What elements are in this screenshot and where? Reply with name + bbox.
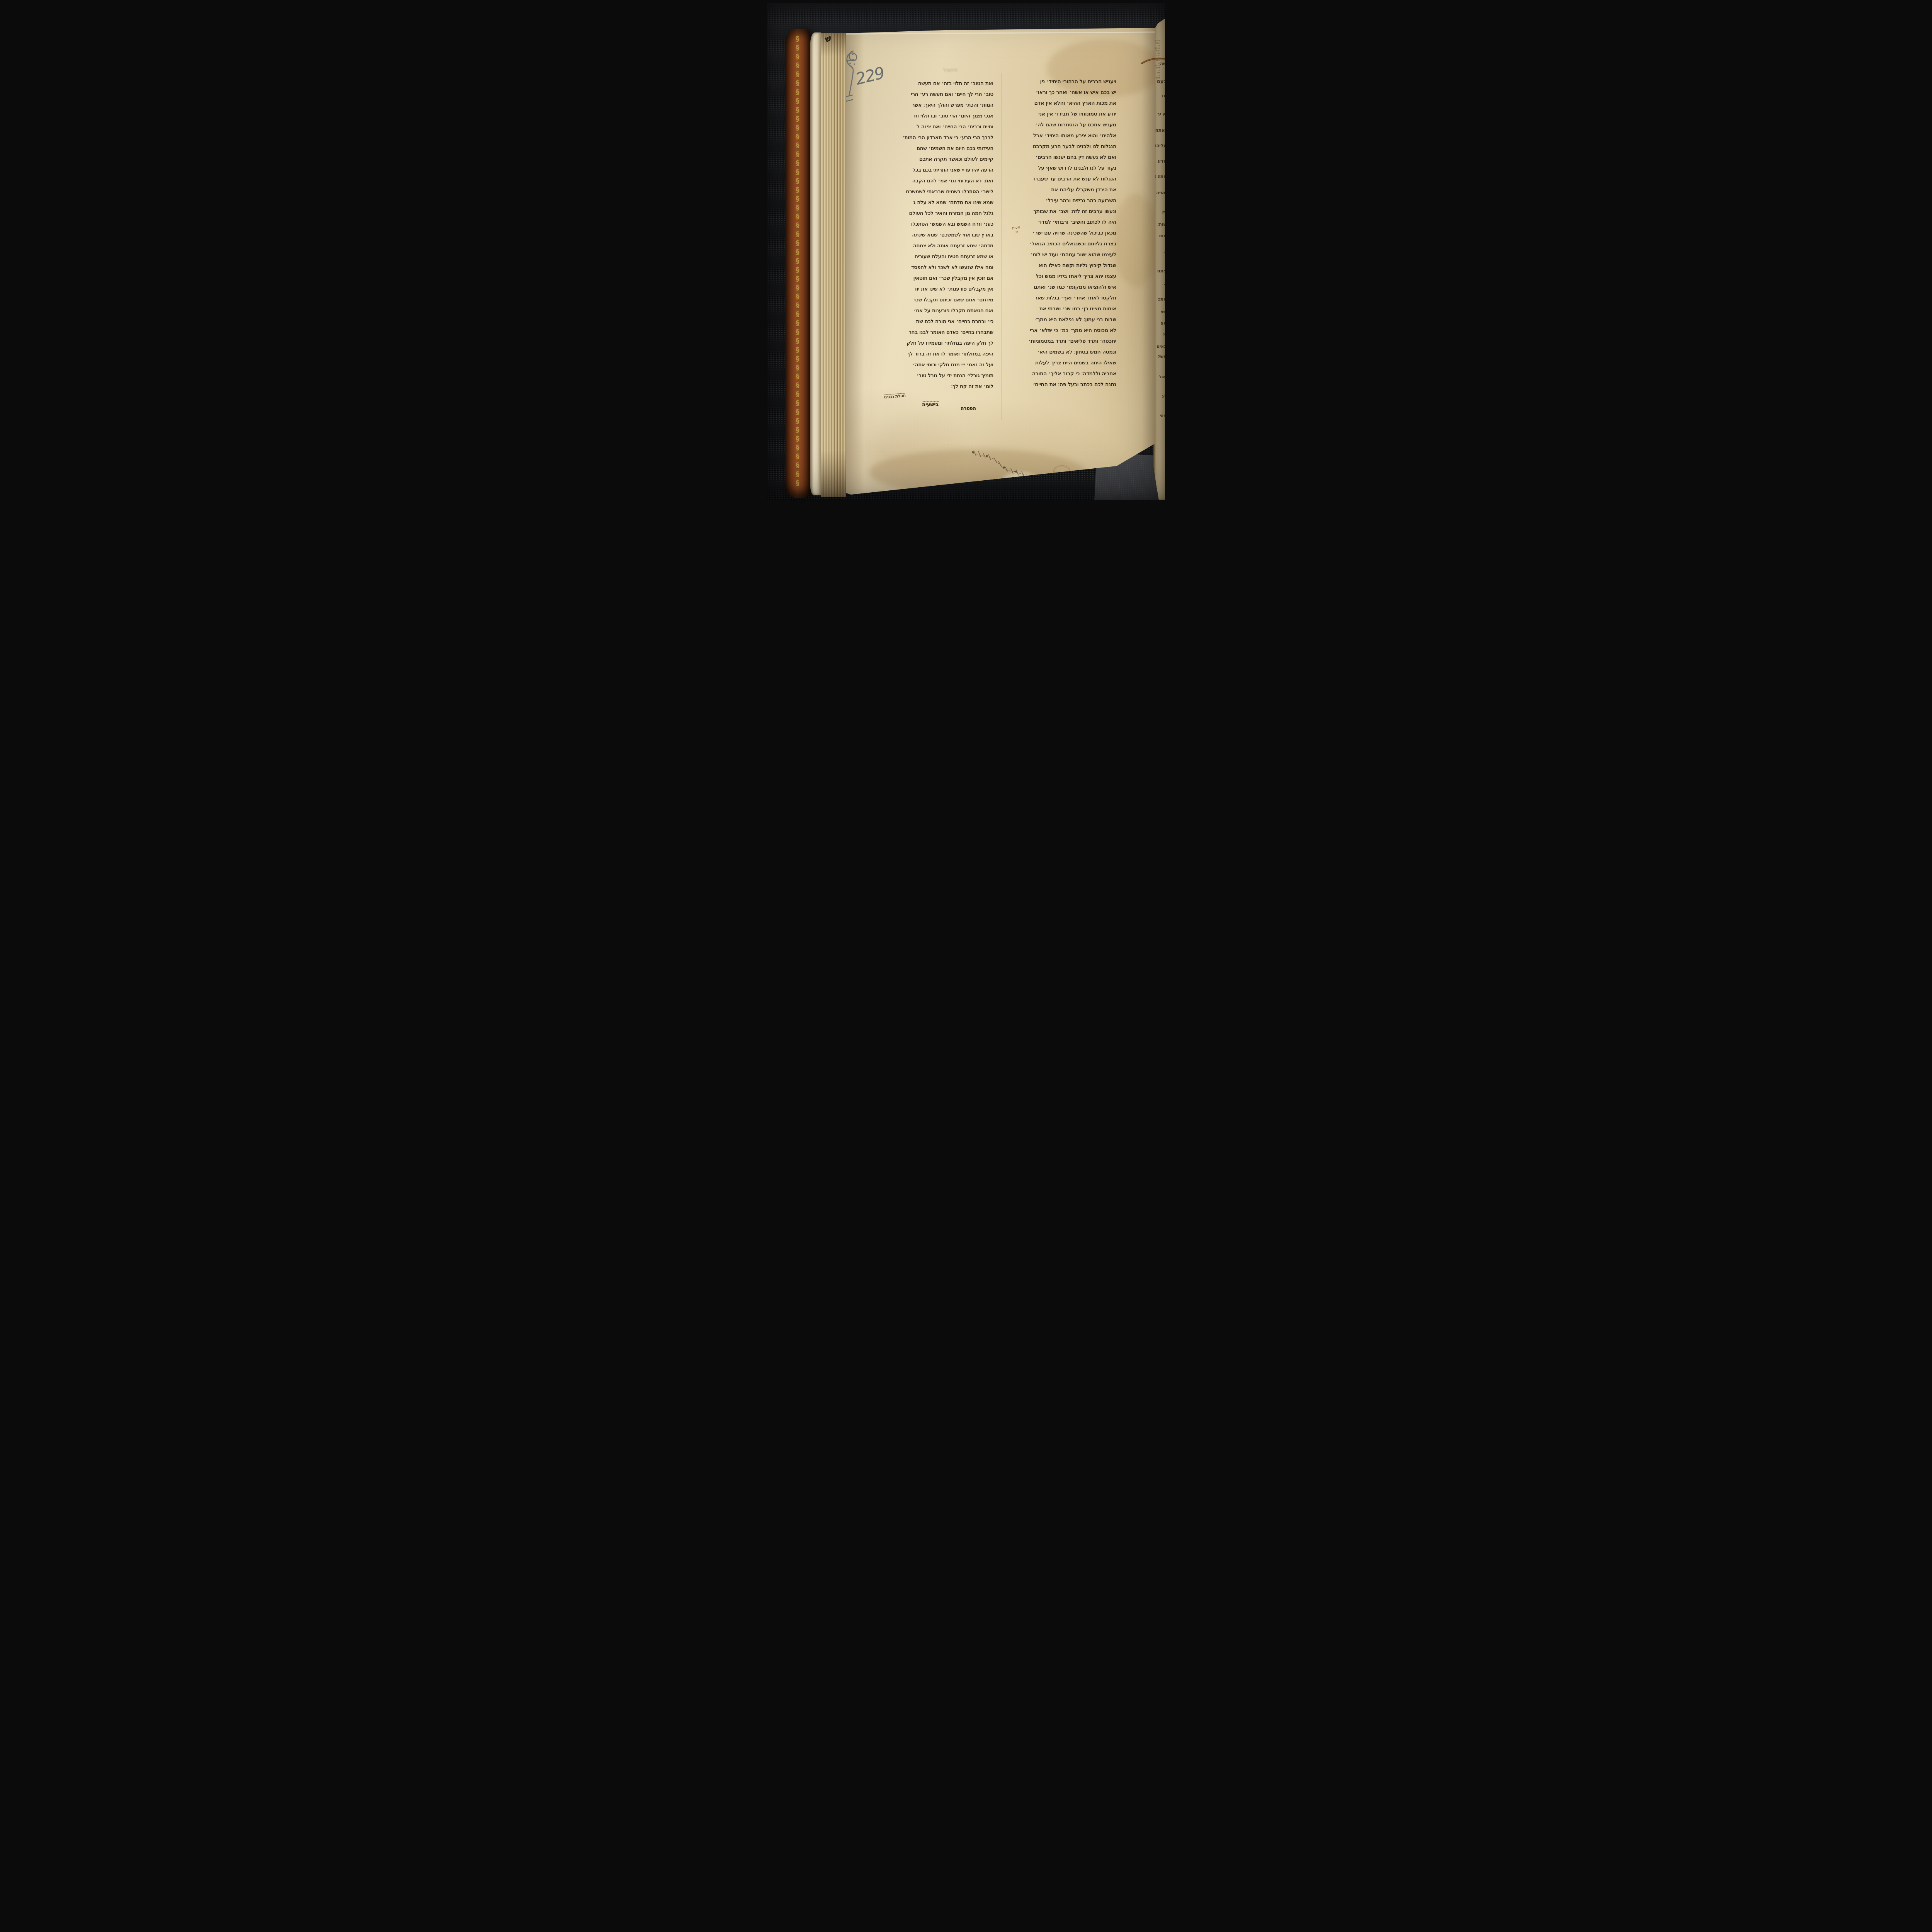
text-line: ויעניש הרבים על הרהורי היחיד׳ פן — [980, 77, 1116, 87]
text-line: השבועה בהר גריזים ובהר עיבל׳ — [980, 196, 1116, 206]
text-line: שתבחרו בחיים׳ כאדם האומר לבנו בחר — [871, 327, 993, 338]
next-folio-text-fragment: נע — [1162, 394, 1165, 398]
next-folio-text-fragment: עליכם — [1153, 143, 1165, 148]
text-line: את מכות הארץ ההיא׳ והלא אין אדם — [980, 98, 1116, 109]
text-line: טוב׳ הרי לך חיים׳ ואם תעשה רע׳ הרי — [871, 89, 993, 100]
text-line: אומות מצינו כן׳ כמו שנ׳ ושבתי את — [980, 304, 1116, 315]
text-line: תלקטו לאחד אחד׳ ואף׳ בגלות שאר — [980, 293, 1116, 304]
text-line: ואם חטאתם תקבלו פורענות על אח׳ — [871, 306, 993, 316]
text-line: קיימים לעולם וכאשר תקרה אתכם — [871, 154, 993, 165]
text-line: יש בכם איש או אשה׳ ואחר כך וראו׳ — [980, 87, 1116, 98]
text-line: לא מכוסה היא ממך׳ כמ׳ כי יפלא׳ ארי — [980, 325, 1116, 336]
endpaper-edge — [810, 32, 821, 495]
next-folio-text-fragment: באים — [1156, 344, 1165, 349]
text-line: לבבך הרי הרע׳ כי אבד תאבדון הרי המות׳ — [871, 133, 993, 143]
text-line: הרעה יהיו עדיי שאני התריתי בכם בכל — [871, 165, 993, 176]
text-line: היה לו לכתוב והשיב׳ ורבותי׳ למדו׳ — [980, 217, 1116, 228]
end-of-parashah-rubric: חסלת נצבים — [884, 393, 906, 400]
next-folio-text-fragment: אקי — [1160, 413, 1165, 418]
text-line: אין מקבלים פורענות׳ לא שינו את יוד — [871, 284, 993, 295]
next-folio-text-fragment: שפ — [1160, 309, 1165, 314]
text-line: לישר׳ הסתכלו בשמים שבראתי לשמשכם — [871, 187, 993, 197]
text-line: שמא שינו את מדתם׳ שמא לא עלה ג — [871, 197, 993, 208]
text-line: יודע את טמונותיו של חבירו׳ אין אני — [980, 109, 1116, 120]
text-line: ואם לא נעשה דין בהם יענשו הרבים׳ — [980, 152, 1116, 163]
next-folio-text-fragment: ך — [1164, 283, 1165, 288]
next-folio-text-fragment: הן זך — [1157, 112, 1165, 116]
next-folio-text-fragment: תשיה — [1156, 190, 1165, 195]
gutter-gloss-note: מענין א — [1012, 225, 1021, 235]
ruling-line — [1117, 71, 1117, 421]
text-line: היפה במחלתו׳ ואומר לו את זה ברור לך — [871, 349, 993, 360]
text-line: לומ׳ את זה קח לך׃ — [871, 381, 993, 392]
stacked-leaf-edges — [821, 33, 846, 497]
next-folio-text-fragment: יודע — [1158, 158, 1165, 164]
text-line: אלהינו׳ והוא יפרע מאותו היחיד׳ אבל — [980, 131, 1116, 141]
text-line: נקוד על לנו ולבנינו לדרוש שאף על — [980, 163, 1116, 174]
text-line: נתנה לכם בכתב ובעל פה׃ את החיים׳ — [980, 379, 1116, 390]
text-line: ועל זה נאמ׳ ייי מנת חלקי וכוסי אתה׳ — [871, 360, 993, 371]
text-column-right: ויעניש הרבים על הרהורי היחיד׳ פןיש בכם א… — [980, 77, 1116, 390]
text-line: כענ׳ וזרח השמש ובא השמש׳ הסתכלו — [871, 219, 993, 230]
stain — [1113, 194, 1159, 287]
text-line: ונעשו ערבים זה לזה׃ ושב׳ את שבותך — [980, 206, 1116, 217]
text-line: עצמו יהא צריך ליאחז בידיו ממש וכל — [980, 271, 1116, 282]
cord-icon — [1141, 53, 1165, 69]
next-folio-text-fragment: אשל — [1158, 354, 1165, 359]
next-folio-text-fragment: זק — [1162, 210, 1165, 214]
faded-offset-inscription: וחשול — [943, 66, 958, 73]
next-folio-text-fragment: וכ — [1163, 332, 1165, 337]
text-line: איש ולהוציאו ממקומו׳ כמו שנ׳ ואתם — [980, 282, 1116, 293]
haftarah-label: הפטרה — [961, 406, 976, 411]
text-line: מדתה׳ שמא זרעתם אותה ולא צמחה — [871, 241, 993, 252]
text-line: אחריה וללמדה׃ כי קרוב אליך׳ התורה — [980, 369, 1116, 379]
page-top-edge-highlight — [846, 32, 1155, 35]
text-line: אם זוכין אין מקבלין שכר׳ ואם חוטאין — [871, 273, 993, 284]
text-line: יתכסה׳ ותרד פליאים׳ ותרד במטמוניות׳ — [980, 336, 1116, 347]
text-line: ומה אילו שנעשו לא לשכר ולא להפסד — [871, 262, 993, 273]
text-line: לך חלק היפה בנחלתי׳ ומעמידו על חלק — [871, 338, 993, 349]
text-line: וחיית ורבית׳ הרי החיים׳ ואם יפנה ל — [871, 122, 993, 133]
text-line: מעניש אתכם על הנסתרות שהם לה׳ — [980, 120, 1116, 131]
gold-tooling-ornament: § § § § § § § § § § § § § § § § § § § § … — [785, 35, 810, 488]
text-line: גלגל חמה מן המזרח והאיר לכל העולם — [871, 208, 993, 219]
text-line: המות׳ והכת׳ מפרש והולך היאך׃ אשר — [871, 100, 993, 111]
binding-leather-edge: § § § § § § § § § § § § § § § § § § § § … — [785, 29, 810, 498]
text-line: בארץ שבראתי לשמשכם׳ שמא שינתה — [871, 230, 993, 241]
sewn-repair-stitching — [970, 444, 1039, 479]
next-folio-text-fragment: אות — [1159, 233, 1165, 238]
text-line: מכאן כביכול שהשכינה שרויה עם ישר׳ — [980, 228, 1116, 239]
next-folio-text-fragment: שות׃ — [1157, 222, 1165, 227]
text-line: שגדול קיבוץ גליות וקשה כאילו הוא — [980, 260, 1116, 271]
next-folio-text-fragment: אתכ — [1158, 297, 1165, 302]
text-line: תומיך גורלי׳ הנחת ידי על גורל טוב׳ — [871, 371, 993, 381]
text-line: ואת הטוב׳ זה תלוי בזה׳ אם תעשה — [871, 78, 993, 89]
text-line: את הירדן משקבלו עליהם את — [980, 185, 1116, 196]
next-folio-text-fragment: או — [1162, 94, 1165, 99]
next-folio-text-fragment: כעם — [1157, 79, 1165, 85]
text-line: זאת׃ דא העידותי וגו׳ אמ׳ להם הקבה — [871, 176, 993, 187]
haftarah-source: בישעיה — [922, 402, 939, 408]
text-line: ונמסה חמש בטחון׃ לא בשמים היא׳ — [980, 347, 1116, 358]
text-line: שבות בני עמון׃ לא נפלאת היא ממך׳ — [980, 315, 1116, 325]
text-line: בצרת גליותם וכשנגאלים הכתיב הגאול׳ — [980, 239, 1116, 250]
text-line: העידותי בכם היום את השמים׳ שהם — [871, 143, 993, 154]
text-line: שאילו היתה בשמים היית צריך לעלות — [980, 358, 1116, 369]
text-line: כי׳ ובחרת בחיים׳ אני מורה לכם שת — [871, 316, 993, 327]
manuscript-photo: § § § § § § § § § § § § § § § § § § § § … — [767, 3, 1165, 500]
next-folio-fore-edge: נזכר נשי והכרתי פני טות ניא הסתיר אספ וש… — [1153, 3, 1165, 500]
next-folio-text-fragment: פתח — [1157, 268, 1165, 274]
next-folio-text-fragment: ך — [1164, 250, 1165, 256]
text-line: או שמא זרעתם חטים והעלת שעורים — [871, 252, 993, 262]
text-line: מידתם׳ אתם שאם זכיתם תקבלו שכר — [871, 295, 993, 306]
text-line: הנגלות לא ענש את הרבים עד שעברו — [980, 174, 1116, 185]
next-folio-text-fragment: עבל — [1159, 375, 1165, 379]
text-line: הנגלות לנו ולבנינו לבער הרע מקרבנו — [980, 141, 1116, 152]
text-column-left: ואת הטוב׳ זה תלוי בזה׳ אם תעשהטוב׳ הרי ל… — [871, 78, 993, 392]
text-line: אנכי מצוך היום׳ הרי טוב׳ ובו תלוי וח — [871, 111, 993, 122]
next-folio-text-fragment: אם — [1160, 321, 1165, 326]
parchment-page: 229 וחשול ויעניש הרבים על הרהורי היחיד׳ … — [846, 28, 1155, 500]
text-line: לעצמו שהוא ישוב עמהם׳ ועוד יש לומ׳ — [980, 250, 1116, 260]
